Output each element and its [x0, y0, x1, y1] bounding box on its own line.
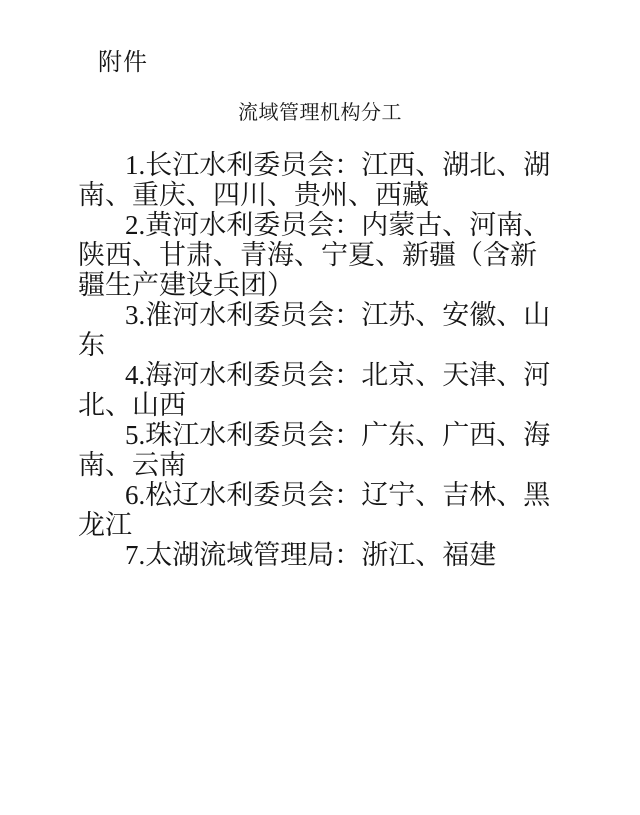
document-title: 流域管理机构分工 — [0, 101, 640, 125]
list-item-1: 1.长江水利委员会：江西、湖北、湖南、重庆、四川、贵州、西藏 — [78, 150, 562, 210]
document-page: 附件 流域管理机构分工 1.长江水利委员会：江西、湖北、湖南、重庆、四川、贵州、… — [0, 0, 640, 815]
list-item-7: 7.太湖流域管理局：浙江、福建 — [78, 540, 562, 570]
list-item-5: 5.珠江水利委员会：广东、广西、海南、云南 — [78, 420, 562, 480]
document-body: 1.长江水利委员会：江西、湖北、湖南、重庆、四川、贵州、西藏 2.黄河水利委员会… — [78, 150, 562, 570]
list-item-2: 2.黄河水利委员会：内蒙古、河南、陕西、甘肃、青海、宁夏、新疆（含新疆生产建设兵… — [78, 210, 562, 300]
list-item-3: 3.淮河水利委员会：江苏、安徽、山东 — [78, 300, 562, 360]
list-item-4: 4.海河水利委员会：北京、天津、河北、山西 — [78, 360, 562, 420]
list-item-6: 6.松辽水利委员会：辽宁、吉林、黑龙江 — [78, 480, 562, 540]
attachment-label: 附件 — [98, 0, 640, 77]
